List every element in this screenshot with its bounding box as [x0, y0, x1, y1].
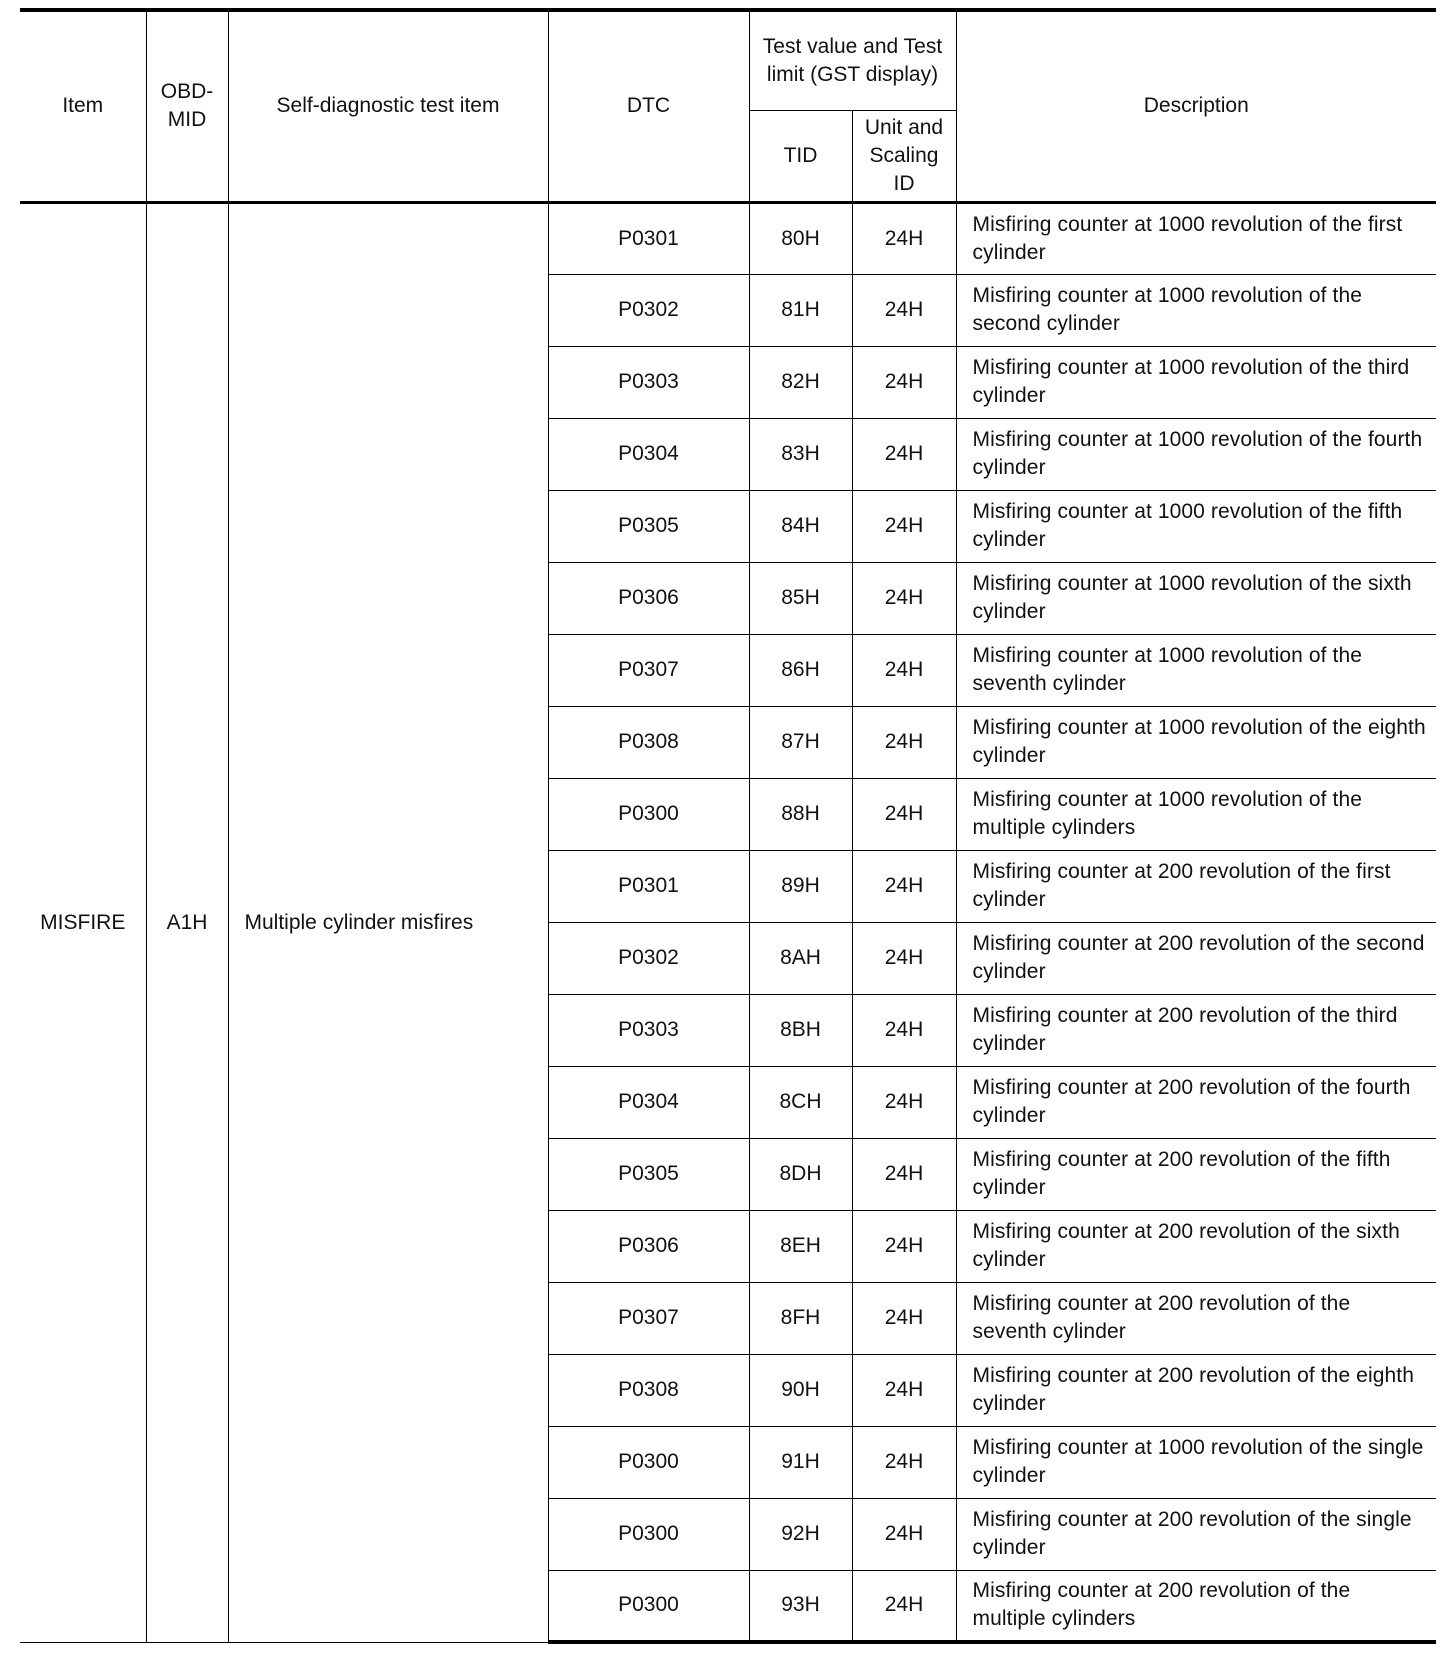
cell-unit-scaling-id: 24H	[852, 1282, 956, 1354]
cell-description: Misfiring counter at 1000 revolution of …	[956, 706, 1436, 778]
cell-tid: 83H	[749, 418, 852, 490]
header-unit-scaling-id-text: Unit and Scaling ID	[865, 116, 943, 195]
header-description: Description	[956, 10, 1436, 202]
cell-tid: 8FH	[749, 1282, 852, 1354]
header-row-1: Item OBD-MID Self-diagnostic test item D…	[20, 10, 1436, 110]
cell-tid: 85H	[749, 562, 852, 634]
cell-dtc: P0308	[548, 706, 749, 778]
cell-unit-scaling-id: 24H	[852, 1426, 956, 1498]
cell-tid: 8CH	[749, 1066, 852, 1138]
cell-unit-scaling-id: 24H	[852, 922, 956, 994]
table-row: MISFIREA1HMultiple cylinder misfiresP030…	[20, 202, 1436, 274]
cell-description: Misfiring counter at 1000 revolution of …	[956, 202, 1436, 274]
cell-dtc: P0301	[548, 202, 749, 274]
cell-description: Misfiring counter at 200 revolution of t…	[956, 850, 1436, 922]
cell-description: Misfiring counter at 200 revolution of t…	[956, 1210, 1436, 1282]
cell-dtc: P0300	[548, 1426, 749, 1498]
header-item: Item	[20, 10, 146, 202]
cell-tid: 80H	[749, 202, 852, 274]
cell-tid: 8AH	[749, 922, 852, 994]
header-test-value-group: Test value and Test limit (GST display)	[749, 10, 956, 110]
cell-dtc: P0301	[548, 850, 749, 922]
cell-description: Misfiring counter at 200 revolution of t…	[956, 1282, 1436, 1354]
cell-dtc: P0305	[548, 1138, 749, 1210]
cell-tid: 88H	[749, 778, 852, 850]
cell-tid: 87H	[749, 706, 852, 778]
cell-unit-scaling-id: 24H	[852, 994, 956, 1066]
cell-unit-scaling-id: 24H	[852, 1066, 956, 1138]
cell-description: Misfiring counter at 1000 revolution of …	[956, 562, 1436, 634]
cell-tid: 91H	[749, 1426, 852, 1498]
cell-dtc: P0304	[548, 1066, 749, 1138]
cell-unit-scaling-id: 24H	[852, 202, 956, 274]
header-tid: TID	[749, 110, 852, 202]
cell-unit-scaling-id: 24H	[852, 1570, 956, 1642]
cell-tid: 82H	[749, 346, 852, 418]
cell-description: Misfiring counter at 1000 revolution of …	[956, 778, 1436, 850]
cell-description: Misfiring counter at 1000 revolution of …	[956, 418, 1436, 490]
cell-unit-scaling-id: 24H	[852, 346, 956, 418]
cell-tid: 8EH	[749, 1210, 852, 1282]
cell-dtc: P0304	[548, 418, 749, 490]
cell-unit-scaling-id: 24H	[852, 418, 956, 490]
cell-unit-scaling-id: 24H	[852, 1354, 956, 1426]
cell-unit-scaling-id: 24H	[852, 1498, 956, 1570]
cell-unit-scaling-id: 24H	[852, 562, 956, 634]
cell-tid: 93H	[749, 1570, 852, 1642]
cell-dtc: P0305	[548, 490, 749, 562]
header-dtc: DTC	[548, 10, 749, 202]
cell-dtc: P0302	[548, 922, 749, 994]
cell-tid: 81H	[749, 274, 852, 346]
cell-description: Misfiring counter at 200 revolution of t…	[956, 1570, 1436, 1642]
cell-dtc: P0303	[548, 994, 749, 1066]
header-obd-mid-text: OBD-MID	[161, 80, 214, 131]
cell-description: Misfiring counter at 200 revolution of t…	[956, 1354, 1436, 1426]
cell-tid: 8DH	[749, 1138, 852, 1210]
cell-description: Misfiring counter at 1000 revolution of …	[956, 274, 1436, 346]
cell-unit-scaling-id: 24H	[852, 850, 956, 922]
cell-dtc: P0302	[548, 274, 749, 346]
cell-tid: 8BH	[749, 994, 852, 1066]
cell-dtc: P0300	[548, 1498, 749, 1570]
cell-description: Misfiring counter at 200 revolution of t…	[956, 1066, 1436, 1138]
cell-unit-scaling-id: 24H	[852, 634, 956, 706]
header-obd-mid: OBD-MID	[146, 10, 228, 202]
cell-dtc: P0300	[548, 778, 749, 850]
cell-dtc: P0307	[548, 634, 749, 706]
cell-tid: 84H	[749, 490, 852, 562]
cell-item: MISFIRE	[20, 202, 146, 1642]
cell-unit-scaling-id: 24H	[852, 706, 956, 778]
cell-obd-mid: A1H	[146, 202, 228, 1642]
cell-unit-scaling-id: 24H	[852, 490, 956, 562]
cell-dtc: P0307	[548, 1282, 749, 1354]
cell-description: Misfiring counter at 200 revolution of t…	[956, 922, 1436, 994]
cell-dtc: P0300	[548, 1570, 749, 1642]
cell-description: Misfiring counter at 200 revolution of t…	[956, 994, 1436, 1066]
cell-tid: 90H	[749, 1354, 852, 1426]
cell-tid: 86H	[749, 634, 852, 706]
cell-dtc: P0306	[548, 1210, 749, 1282]
cell-dtc: P0308	[548, 1354, 749, 1426]
cell-unit-scaling-id: 24H	[852, 274, 956, 346]
cell-description: Misfiring counter at 1000 revolution of …	[956, 490, 1436, 562]
cell-unit-scaling-id: 24H	[852, 778, 956, 850]
header-unit-scaling-id: Unit and Scaling ID	[852, 110, 956, 202]
cell-tid: 92H	[749, 1498, 852, 1570]
table-body: MISFIREA1HMultiple cylinder misfiresP030…	[20, 202, 1436, 1642]
cell-description: Misfiring counter at 200 revolution of t…	[956, 1498, 1436, 1570]
cell-self-diagnostic-test-item: Multiple cylinder misfires	[228, 202, 548, 1642]
header-test-value-group-text: Test value and Test limit (GST display)	[763, 35, 942, 86]
cell-dtc: P0306	[548, 562, 749, 634]
misfire-test-table: Item OBD-MID Self-diagnostic test item D…	[20, 8, 1436, 1644]
cell-description: Misfiring counter at 200 revolution of t…	[956, 1138, 1436, 1210]
cell-unit-scaling-id: 24H	[852, 1138, 956, 1210]
cell-dtc: P0303	[548, 346, 749, 418]
cell-tid: 89H	[749, 850, 852, 922]
cell-description: Misfiring counter at 1000 revolution of …	[956, 634, 1436, 706]
header-self-diagnostic-test-item: Self-diagnostic test item	[228, 10, 548, 202]
cell-description: Misfiring counter at 1000 revolution of …	[956, 346, 1436, 418]
cell-description: Misfiring counter at 1000 revolution of …	[956, 1426, 1436, 1498]
cell-unit-scaling-id: 24H	[852, 1210, 956, 1282]
